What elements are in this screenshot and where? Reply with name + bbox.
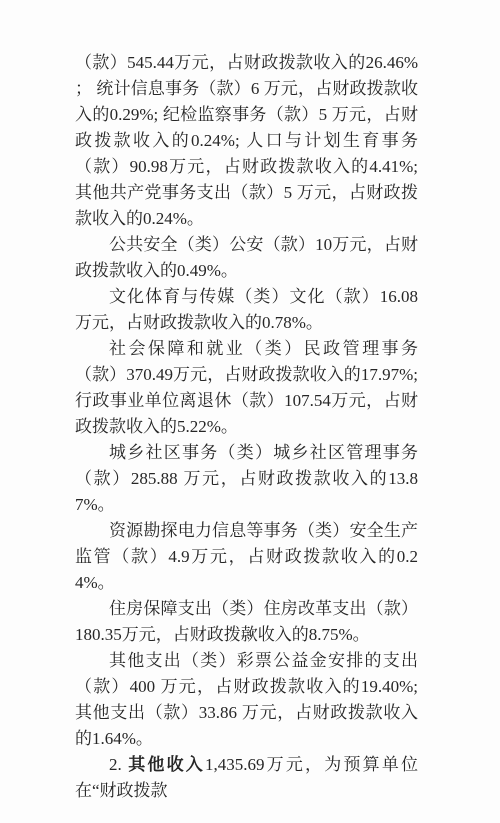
emphasis-text: 其他收入 — [128, 755, 205, 774]
text-run: 2. — [109, 755, 128, 774]
paragraph: 资源勘探电力信息等事务（类）安全生产监管（款）4.9万元，占财政拨款收入的0.2… — [75, 518, 418, 596]
paragraph: 文化体育与传媒（类）文化（款）16.08万元，占财政拨款收入的0.78%。 — [75, 284, 418, 336]
text-run: 社会保障和就业（类）民政管理事务（款）370.49万元，占财政拨款收入的17.9… — [75, 339, 418, 436]
document-page: （款）545.44万元，占财政拨款收入的26.46% ； 统计信息事务（款）6 … — [0, 0, 500, 823]
text-run: 公共安全（类）公安（款）10万元，占财政拨款收入的0.49%。 — [75, 235, 418, 280]
text-run: （款）545.44万元，占财政拨款收入的26.46% ； 统计信息事务（款）6 … — [75, 53, 418, 228]
paragraph: 其他支出（类）彩票公益金安排的支出（款）400 万元，占财政拨款收入的19.40… — [75, 648, 418, 752]
paragraph: 公共安全（类）公安（款）10万元，占财政拨款收入的0.49%。 — [75, 232, 418, 284]
paragraph: 住房保障支出（类）住房改革支出（款）180.35万元，占财政拨款收入的8.75%… — [75, 596, 418, 648]
paragraph: 社会保障和就业（类）民政管理事务（款）370.49万元，占财政拨款收入的17.9… — [75, 336, 418, 440]
text-run: 城乡社区事务（类）城乡社区管理事务（款）285.88 万元，占财政拨款收入的13… — [75, 443, 418, 514]
text-run: 其他支出（类）彩票公益金安排的支出（款）400 万元，占财政拨款收入的19.40… — [75, 651, 418, 748]
page-number: 14 — [75, 628, 418, 640]
paragraph: 城乡社区事务（类）城乡社区管理事务（款）285.88 万元，占财政拨款收入的13… — [75, 440, 418, 518]
document-body: （款）545.44万元，占财政拨款收入的26.46% ； 统计信息事务（款）6 … — [75, 50, 418, 804]
paragraph: （款）545.44万元，占财政拨款收入的26.46% ； 统计信息事务（款）6 … — [75, 50, 418, 232]
text-run: 资源勘探电力信息等事务（类）安全生产监管（款）4.9万元，占财政拨款收入的0.2… — [75, 521, 418, 592]
text-run: 文化体育与传媒（类）文化（款）16.08万元，占财政拨款收入的0.78%。 — [75, 287, 418, 332]
paragraph: 2. 其他收入1,435.69万元，为预算单位在“财政拨款 — [75, 752, 418, 804]
